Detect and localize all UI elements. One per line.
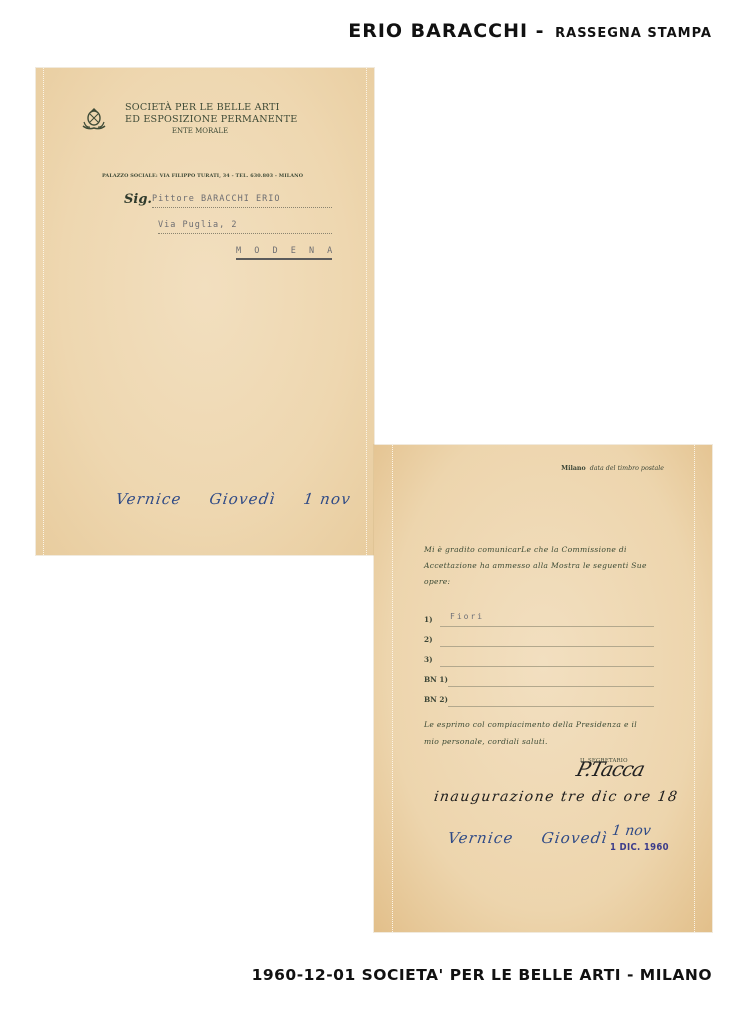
recipient-city: M O D E N A [236, 246, 332, 260]
footer-caption: 1960-12-01 SOCIETA' PER LE BELLE ARTI - … [252, 966, 712, 984]
letterhead-address: PALAZZO SOCIALE: VIA FILIPPO TURATI, 34 … [102, 173, 303, 179]
work-line [440, 646, 654, 647]
letter-card-front: SOCIETÀ PER LE BELLE ARTI ED ESPOSIZIONE… [36, 68, 374, 555]
perforation-left [43, 68, 44, 555]
perforation-right [366, 68, 367, 555]
work-value: Fiori [450, 612, 484, 621]
work-line [440, 666, 654, 667]
closing-text: Le esprimo col compiacimento della Presi… [424, 716, 654, 750]
handwritten-note-front: Vernice Giovedì 1 nov [115, 490, 375, 508]
letterhead-name: SOCIETÀ PER LE BELLE ARTI [125, 102, 297, 114]
work-label: BN 1) [424, 675, 448, 684]
perforation-right [694, 445, 695, 932]
work-row: 3) [424, 651, 654, 671]
page-header: ERIO BARACCHI - RASSEGNA STAMPA [348, 20, 712, 42]
hw-word: 1 nov [302, 490, 352, 508]
hw-word: Vernice [115, 490, 183, 508]
hw-word: Giovedì [208, 490, 276, 508]
letterhead-subtitle: ED ESPOSIZIONE PERMANENTE [125, 114, 297, 126]
hw-word: Vernice [447, 829, 515, 847]
works-list: 1) Fiori 2) 3) BN 1) BN 2) [424, 611, 654, 711]
secretary-label: IL SEGRETARIO [580, 758, 628, 764]
work-label: 1) [424, 615, 433, 624]
header-subtitle: RASSEGNA STAMPA [555, 26, 712, 41]
header-title: ERIO BARACCHI - [348, 20, 544, 42]
work-row: 2) [424, 631, 654, 651]
work-row: BN 2) [424, 691, 654, 711]
recipient-name: Pittore BARACCHI ERIO [152, 194, 332, 208]
handwritten-note-back: Vernice Giovedì [447, 829, 631, 847]
recipient-street: Via Puglia, 2 [158, 220, 332, 234]
work-label: 3) [424, 655, 433, 664]
handwritten-inauguration: inaugurazione tre dic ore 18 [433, 789, 680, 805]
salutation: Sig. [124, 192, 152, 207]
coat-of-arms-icon [80, 108, 108, 134]
place: Milano [561, 465, 586, 472]
work-line [440, 626, 654, 627]
perforation-left [392, 445, 393, 932]
letterhead-status: ENTE MORALE [125, 126, 275, 137]
date-stamp: 1 DIC. 1960 [610, 842, 669, 853]
work-label: 2) [424, 635, 433, 644]
work-label: BN 2) [424, 695, 448, 704]
handwritten-date: 1 nov [611, 823, 652, 839]
date-note: data del timbro postale [590, 465, 664, 472]
postmark-line: Milanodata del timbro postale [561, 465, 664, 472]
work-row: 1) Fiori [424, 611, 654, 631]
acceptance-text: Mi è gradito comunicarLe che la Commissi… [424, 542, 654, 590]
letter-card-back: Milanodata del timbro postale Mi è gradi… [374, 445, 712, 932]
work-line [448, 706, 654, 707]
work-row: BN 1) [424, 671, 654, 691]
hw-word: Giovedì [540, 829, 608, 847]
work-line [448, 686, 654, 687]
